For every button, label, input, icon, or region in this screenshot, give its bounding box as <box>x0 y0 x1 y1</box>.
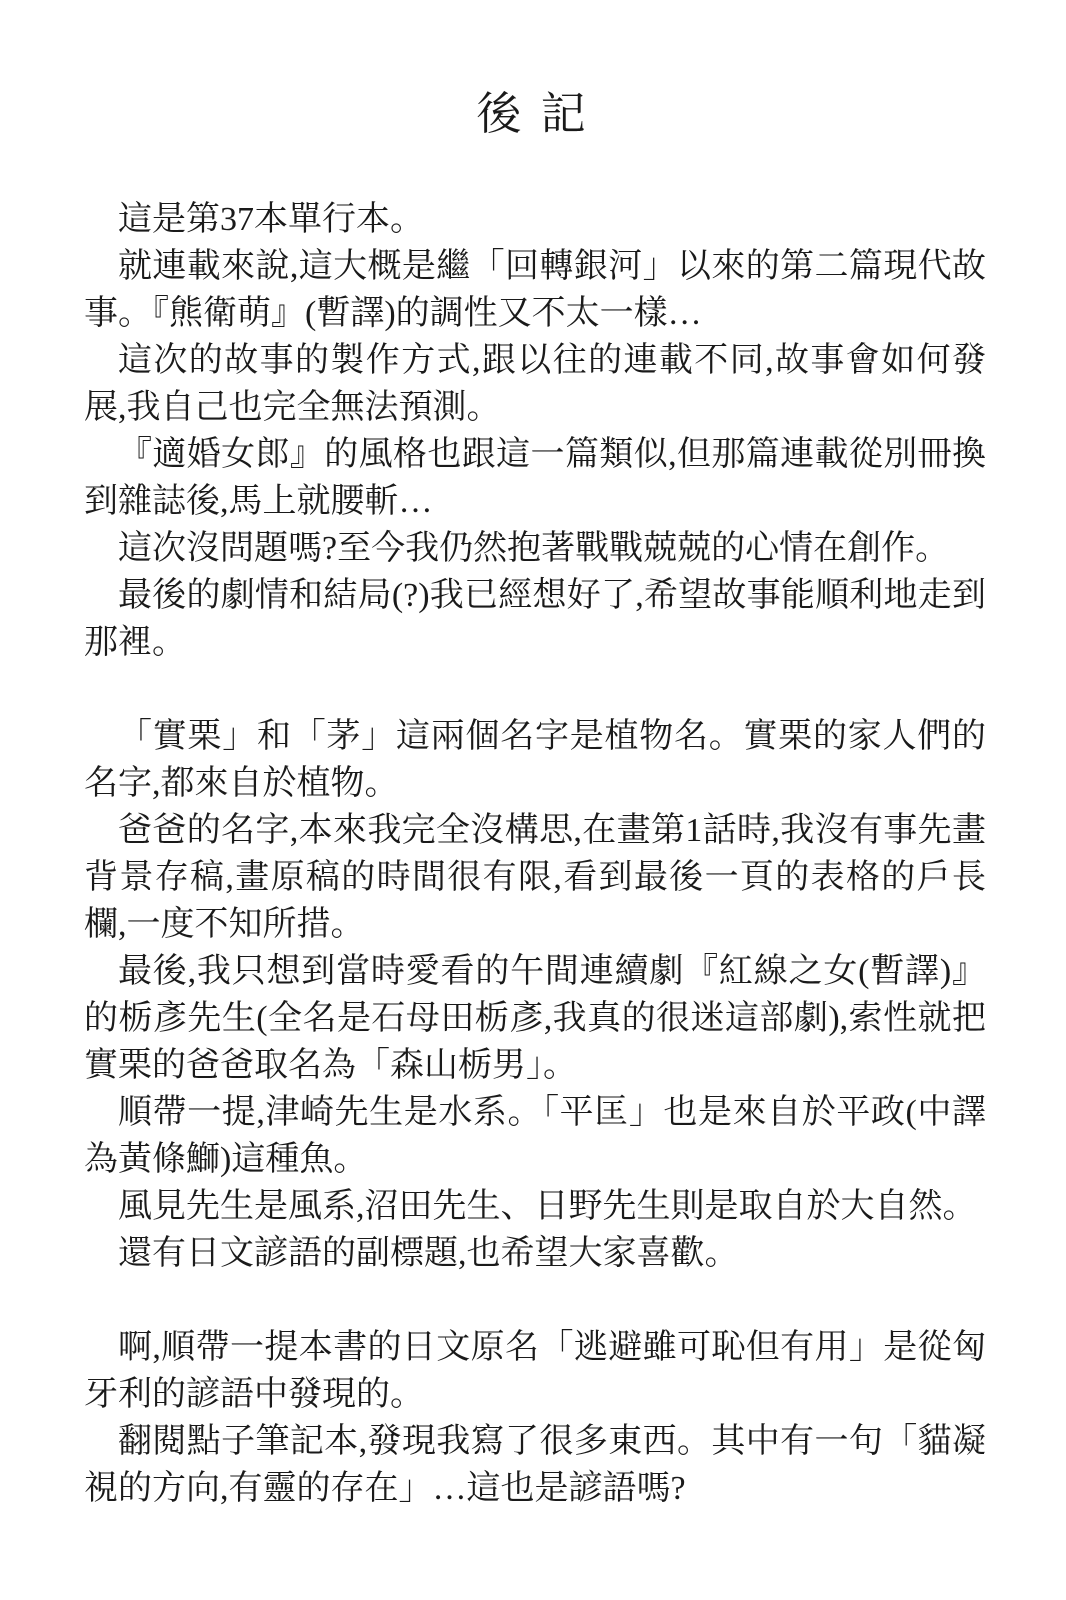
afterword-page: 後 記 這是第37本單行本。就連載來說,這大概是繼「回轉銀河」以來的第二篇現代故… <box>0 0 1066 1600</box>
paragraph: 還有日文諺語的副標題,也希望大家喜歡。 <box>84 1230 986 1277</box>
paragraph: 風見先生是風系,沼田先生、日野先生則是取自於大自然。 <box>84 1183 986 1230</box>
paragraph: 「實栗」和「茅」這兩個名字是植物名。實栗的家人們的名字,都來自於植物。 <box>84 713 986 807</box>
section: 「實栗」和「茅」這兩個名字是植物名。實栗的家人們的名字,都來自於植物。爸爸的名字… <box>84 713 986 1277</box>
paragraph: 最後的劇情和結局(?)我已經想好了,希望故事能順利地走到那裡。 <box>84 572 986 666</box>
page-title: 後 記 <box>0 90 1066 140</box>
paragraph: 爸爸的名字,本來我完全沒構思,在畫第1話時,我沒有事先畫背景存稿,畫原稿的時間很… <box>84 807 986 948</box>
section: 啊,順帶一提本書的日文原名「逃避雖可恥但有用」是從匈牙利的諺語中發現的。翻閱點子… <box>84 1324 986 1512</box>
paragraph: 這是第37本單行本。 <box>84 196 986 243</box>
paragraph: 最後,我只想到當時愛看的午間連續劇『紅線之女(暫譯)』的栃彥先生(全名是石母田栃… <box>84 948 986 1089</box>
section: 這是第37本單行本。就連載來說,這大概是繼「回轉銀河」以來的第二篇現代故事。『熊… <box>84 196 986 666</box>
paragraph: 啊,順帶一提本書的日文原名「逃避雖可恥但有用」是從匈牙利的諺語中發現的。 <box>84 1324 986 1418</box>
paragraph: 這次沒問題嗎?至今我仍然抱著戰戰兢兢的心情在創作。 <box>84 525 986 572</box>
paragraph: 這次的故事的製作方式,跟以往的連載不同,故事會如何發展,我自己也完全無法預測。 <box>84 337 986 431</box>
paragraph: 就連載來說,這大概是繼「回轉銀河」以來的第二篇現代故事。『熊衛萌』(暫譯)的調性… <box>84 243 986 337</box>
paragraph: 順帶一提,津崎先生是水系。「平匡」也是來自於平政(中譯為黃條鰤)這種魚。 <box>84 1089 986 1183</box>
afterword-body: 這是第37本單行本。就連載來說,這大概是繼「回轉銀河」以來的第二篇現代故事。『熊… <box>84 196 986 1512</box>
paragraph: 翻閱點子筆記本,發現我寫了很多東西。其中有一句「貓凝視的方向,有靈的存在」…這也… <box>84 1418 986 1512</box>
paragraph: 『適婚女郎』的風格也跟這一篇類似,但那篇連載從別冊換到雜誌後,馬上就腰斬… <box>84 431 986 525</box>
